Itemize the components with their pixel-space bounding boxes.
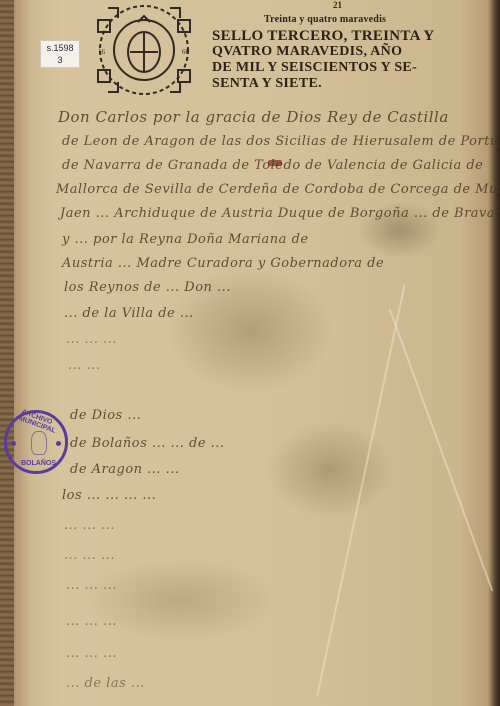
handwritten-line: ... ... ...: [66, 578, 117, 593]
archive-stamp-bottom: BOLAÑOS: [21, 460, 56, 467]
handwritten-line: los ... ... ... ...: [62, 488, 156, 503]
handwritten-line: Mallorca de Sevilla de Cerdeña de Cordob…: [56, 182, 500, 197]
handwritten-line: los Reynos de ... Don ...: [64, 280, 231, 295]
handwritten-line: ... ...: [68, 358, 100, 373]
catalog-label-line1: s.1598: [41, 42, 79, 54]
royal-seal-icon: 16 66: [88, 0, 200, 100]
paper-crease: [389, 309, 493, 592]
stamp-header: Treinta y quatro maravedis: [264, 14, 386, 25]
svg-text:66: 66: [182, 48, 190, 56]
handwritten-line: de Aragon ... ...: [70, 462, 180, 477]
coat-of-arms-icon: [31, 431, 47, 455]
handwritten-line: ... de la Villa de ...: [64, 306, 194, 321]
handwritten-line: ... ... ...: [64, 548, 115, 563]
handwritten-line: ... ... ...: [66, 332, 117, 347]
handwritten-line: ... ... ...: [64, 518, 115, 533]
catalog-label: s.1598 3: [40, 40, 80, 68]
handwritten-line: de Dios ...: [70, 408, 141, 423]
paper-crease: [316, 284, 405, 695]
handwritten-line: ... de las ...: [66, 676, 145, 691]
handwritten-line: Don Carlos por la gracia de Dios Rey de …: [58, 108, 449, 126]
handwritten-line: ... ... ...: [66, 614, 117, 629]
fold-line: [20, 0, 21, 706]
handwritten-line: y ... por la Reyna Doña Mariana de: [62, 232, 309, 247]
handwritten-line: de Leon de Aragon de las dos Sicilias de…: [62, 134, 500, 149]
stamp-dot: [56, 441, 61, 446]
catalog-label-line2: 3: [41, 54, 79, 66]
stamp-text: SELLO TERCERO, TREINTA Y QVATRO MARAVEDI…: [212, 28, 500, 92]
stamp-line: QVATRO MARAVEDIS, AÑO: [212, 44, 500, 60]
handwritten-line: ... ... ...: [66, 646, 117, 661]
handwritten-line: Jaen ... Archiduque de Austria Duque de …: [60, 206, 500, 221]
handwritten-line: de Bolaños ... ... de ...: [70, 436, 225, 451]
archive-stamp: ARCHIVO MUNICIPAL BOLAÑOS: [4, 410, 68, 474]
binding-spine: [0, 0, 14, 706]
stamp-number: 21: [333, 0, 342, 10]
stamp-line: SELLO TERCERO, TREINTA Y: [212, 28, 500, 44]
stamp-line: DE MIL Y SEISCIENTOS Y SE-: [212, 60, 500, 76]
stamp-dot: [11, 441, 16, 446]
manuscript-page: s.1598 3 16 66 21 Treinta y quatro marav…: [0, 0, 500, 706]
handwritten-line: Austria ... Madre Curadora y Gobernadora…: [62, 256, 384, 271]
stamp-line: SENTA Y SIETE.: [212, 76, 500, 92]
svg-text:16: 16: [98, 48, 106, 56]
handwritten-line: de Navarra de Granada de Toledo de Valen…: [62, 158, 483, 173]
